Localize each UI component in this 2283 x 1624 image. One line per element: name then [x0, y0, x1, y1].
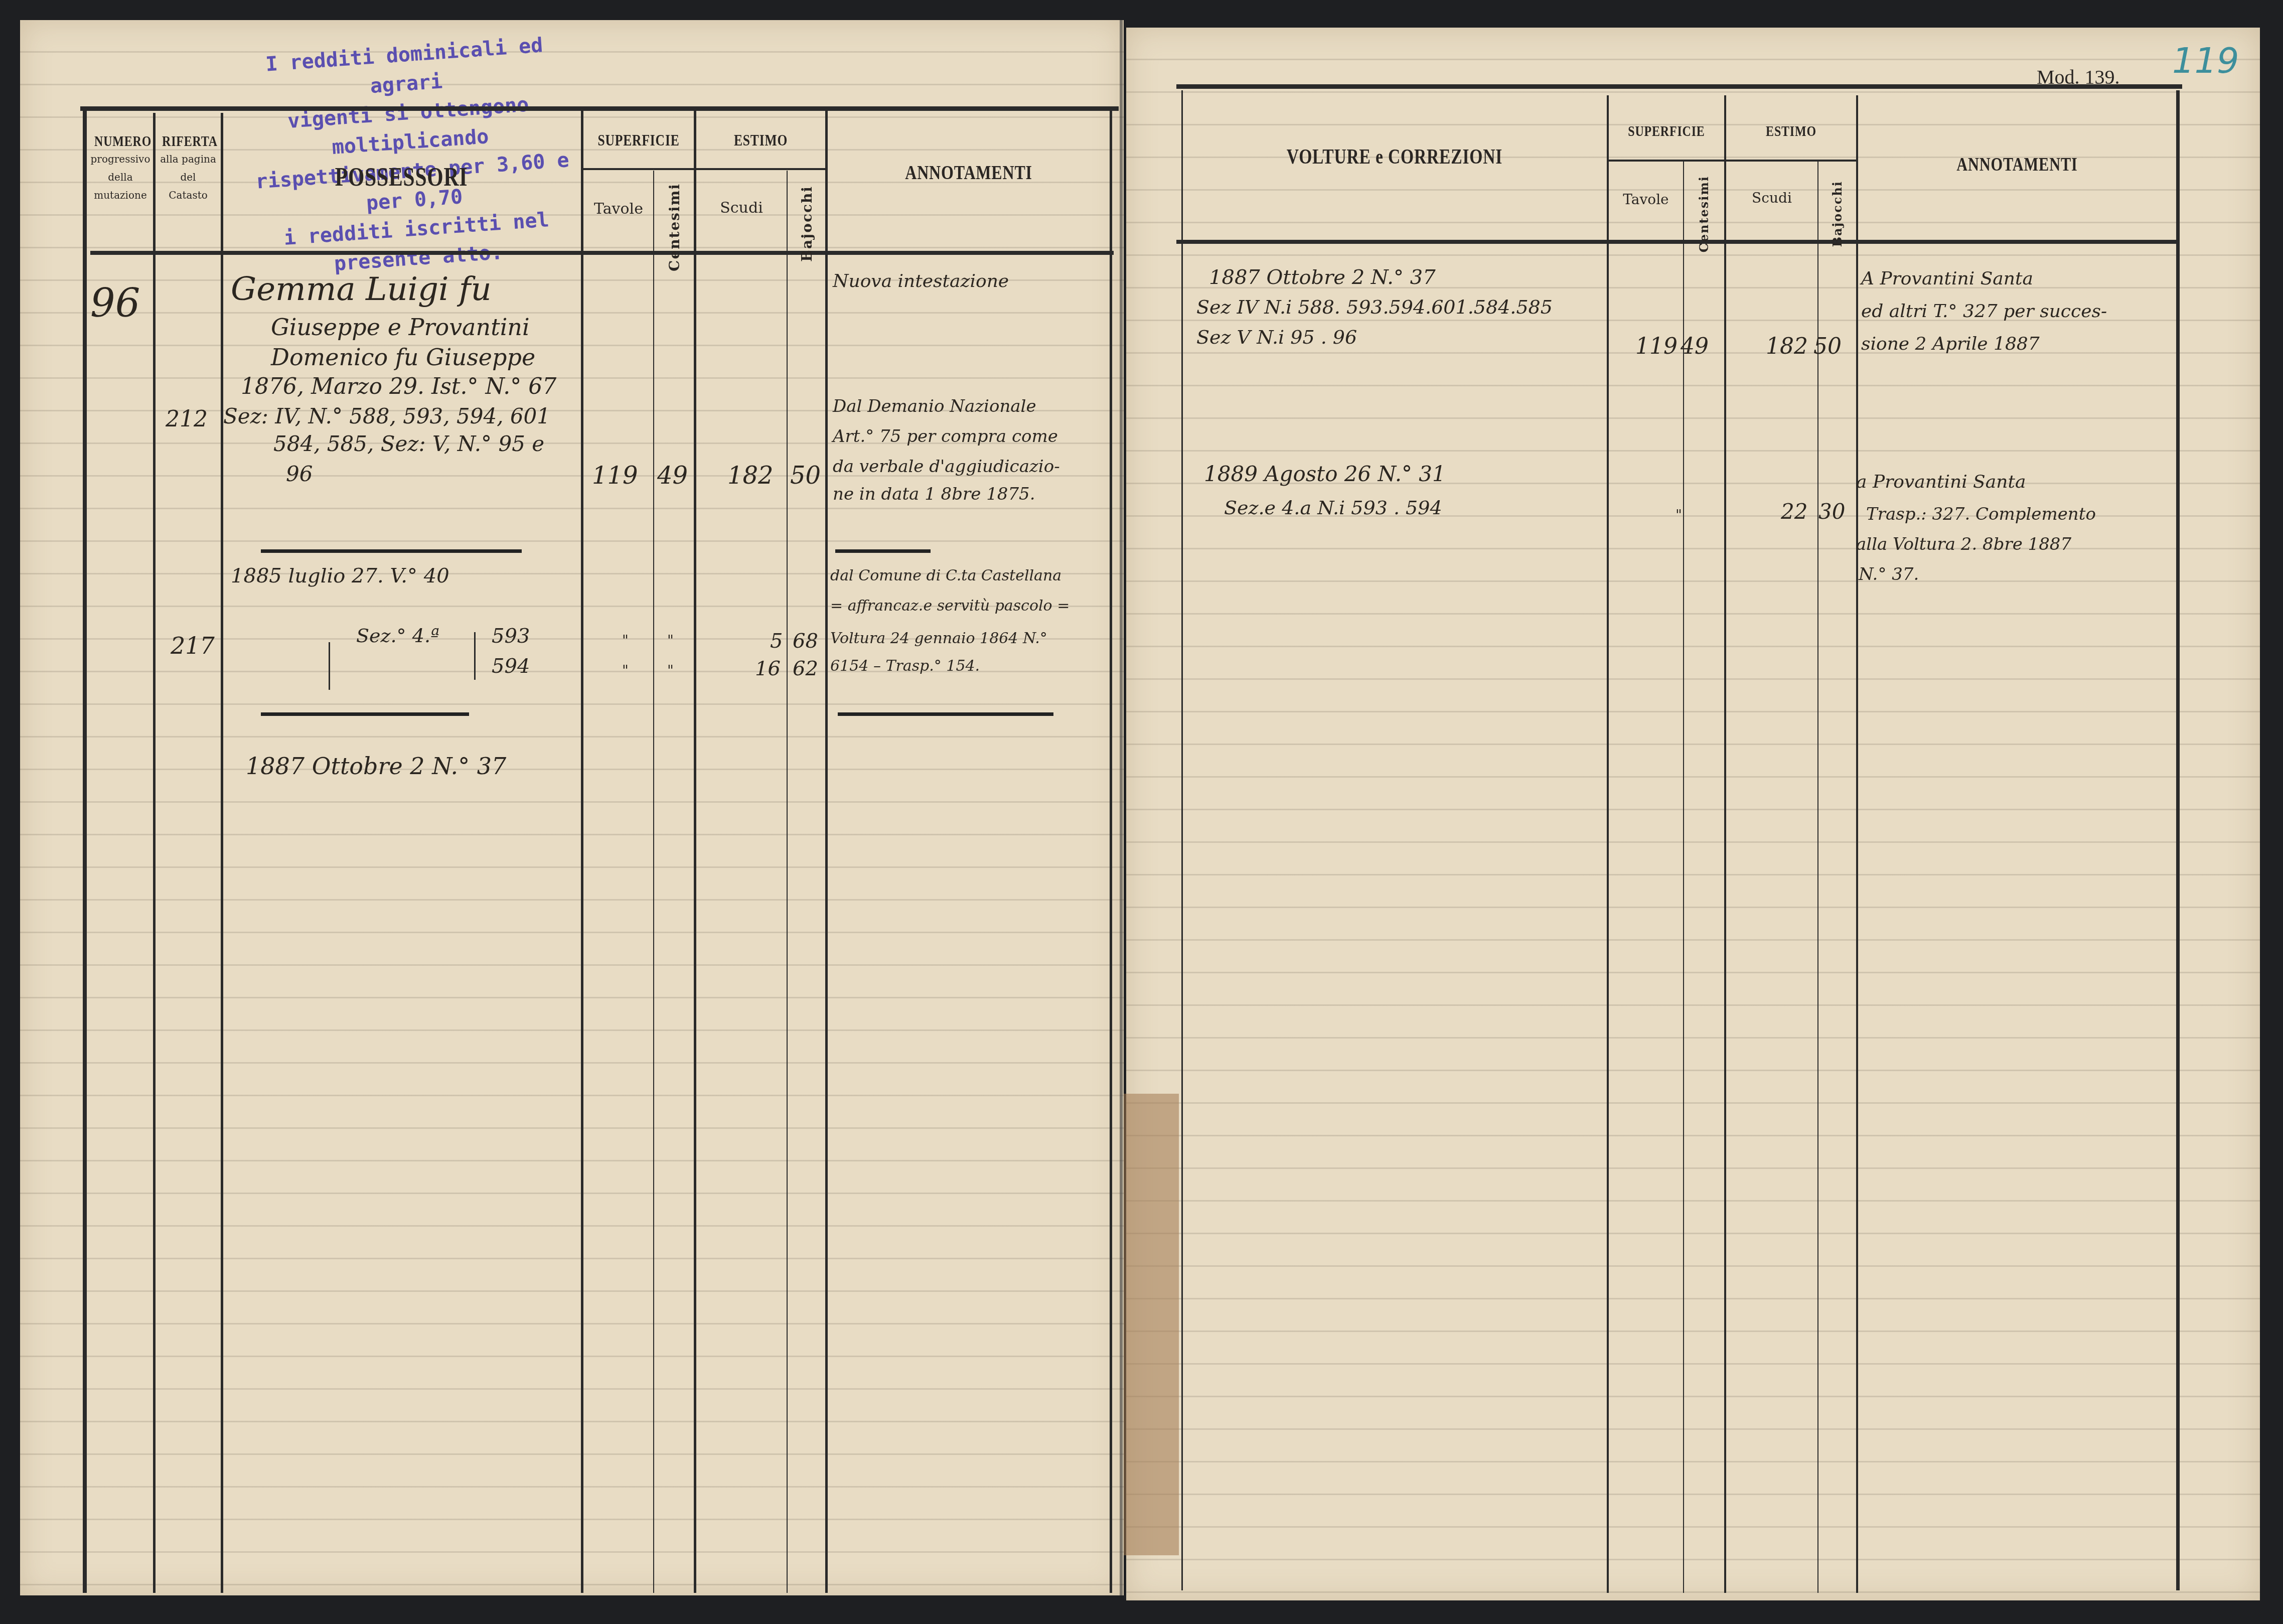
header-scudi: Scudi — [1726, 191, 1817, 206]
header-numero-line: progressivo — [88, 154, 153, 165]
entry-annotamenti-line: da verbale d'aggiudicazio- — [833, 457, 1060, 477]
entry-scudi: 182 — [727, 462, 774, 490]
entry-annotamenti-line: N.° 37. — [1859, 564, 1919, 584]
entry-possessori-line: 1876, Marzo 29. Ist.° N.° 67 — [241, 374, 556, 399]
sup-sub-divider — [1609, 160, 1724, 162]
col-divider — [1856, 95, 1858, 1593]
entry-annotamenti-line: Dal Demanio Nazionale — [833, 396, 1036, 416]
header-bottom-border — [1176, 240, 2180, 244]
entry-possessori-line: 584, 585, Sez: V, N.° 95 e — [273, 431, 544, 456]
right-border — [2176, 90, 2180, 1590]
entry-possessori-line: Domenico fu Giuseppe — [271, 344, 535, 371]
entry-bajocchi: 50 — [790, 462, 821, 490]
header-bajocchi: Bajocchi — [799, 186, 815, 262]
entry-volture-line: 1887 Ottobre 2 N.° 37 — [1209, 266, 1436, 289]
entry-possessori-line: 1885 luglio 27. V.° 40 — [231, 564, 449, 587]
entry-volture-line: Sez IV N.i 588. 593.594.601.584.585 — [1196, 296, 1553, 318]
right-border — [1110, 108, 1112, 1593]
entry-centesimi: 49 — [1681, 334, 1709, 359]
entry-scudi: 16 — [755, 657, 781, 680]
header-centesimi: Centesimi — [666, 183, 683, 271]
entry-annotamenti-line: Voltura 24 gennaio 1864 N.° — [830, 630, 1047, 647]
entry-possessori-line: Giuseppe e Provantini — [271, 314, 530, 341]
entry-bajocchi: 30 — [1818, 499, 1845, 524]
entry-annotamenti-line: a Provantini Santa — [1856, 472, 2026, 492]
header-riferta-line: del — [156, 172, 221, 183]
col-divider — [1724, 95, 1726, 1593]
entry-parcel: 593 — [492, 625, 530, 648]
header-numero-line: mutazione — [88, 190, 153, 201]
entry-bajocchi: 50 — [1813, 334, 1842, 359]
col-divider-thin — [1683, 161, 1684, 1593]
header-riferta-line: Catasto — [156, 190, 221, 201]
entry-possessori-line: Gemma Luigi fu — [231, 271, 492, 308]
ditto-mark: " — [667, 662, 674, 679]
header-scudi: Scudi — [696, 200, 787, 216]
col-divider — [1607, 95, 1609, 1593]
entry-annotamenti-line: Nuova intestazione — [833, 271, 1009, 291]
left-border — [1181, 90, 1183, 1590]
header-annotamenti: ANNOTAMENTI — [1890, 155, 2144, 176]
entry-possessori-line: Sez: IV, N.° 588, 593, 594, 601 — [223, 404, 550, 428]
entry-tavole: 119 — [592, 462, 638, 490]
header-estimo: ESTIMO — [709, 131, 813, 149]
stamp-redditi: I redditi dominicali ed agrari vigenti s… — [243, 29, 580, 284]
entry-scudi: 22 — [1781, 499, 1807, 524]
entry-tavole: 119 — [1635, 334, 1678, 359]
entry-volture-line: 1889 Agosto 26 N.° 31 — [1204, 462, 1446, 486]
col-divider — [153, 113, 156, 1593]
header-tavole: Tavole — [583, 201, 654, 217]
entry-volture-line: Sez V N.i 95 . 96 — [1196, 326, 1357, 348]
col-divider-thin — [1817, 161, 1818, 1593]
entry-parcel: 594 — [492, 655, 530, 678]
header-superficie: SUPERFICIE — [594, 131, 683, 149]
entry-possessori-line: Sez.° 4.ª — [356, 625, 439, 647]
entry-scudi: 5 — [770, 630, 783, 653]
header-annotamenti: ANNOTAMENTI — [856, 162, 1082, 184]
sup-sub-divider — [583, 168, 694, 170]
entry-annotamenti-line: alla Voltura 2. 8bre 1887 — [1856, 534, 2071, 554]
entry-annotamenti-line: Art.° 75 per compra come — [833, 426, 1058, 447]
ditto-mark: " — [1676, 507, 1682, 523]
entry-annotamenti-line: Trasp.: 327. Complemento — [1866, 504, 2096, 524]
entry-bajocchi: 68 — [793, 630, 818, 653]
entry-annotamenti-line: ne in data 1 8bre 1875. — [833, 484, 1035, 504]
entry-centesimi: 49 — [657, 462, 688, 490]
entry-annotamenti-line: = affrancaz.e servitù pascolo = — [830, 597, 1070, 615]
entry-scudi: 182 — [1766, 334, 1808, 359]
col-divider — [581, 108, 583, 1593]
header-riferta: RIFERTA alla pagina del Catasto — [156, 133, 221, 201]
col-divider-thin — [653, 171, 654, 1593]
ditto-mark: " — [622, 662, 629, 679]
table-top-border — [80, 106, 1119, 111]
entry-possessori-line: 96 — [286, 462, 313, 486]
header-superficie: SUPERFICIE — [1620, 123, 1713, 139]
entry-separator-rule — [835, 549, 931, 553]
col-divider — [694, 108, 696, 1593]
est-sub-divider — [696, 168, 825, 170]
table-top-border — [1176, 84, 2182, 89]
entry-annotamenti-line: ed altri T.° 327 per succes- — [1861, 301, 2107, 322]
entry-annotamenti-line: 6154 – Trasp.° 154. — [830, 657, 980, 675]
entry-annotamenti-line: sione 2 Aprile 1887 — [1861, 334, 2040, 354]
entry-riferta: 217 — [171, 632, 215, 659]
entry-annotamenti-line: A Provantini Santa — [1861, 268, 2033, 289]
entry-bajocchi: 62 — [793, 657, 818, 680]
header-riferta-line: alla pagina — [156, 154, 221, 165]
header-numero-line: della — [88, 172, 153, 183]
bracket-line — [329, 642, 330, 690]
col-divider-thin — [787, 171, 788, 1593]
col-divider — [221, 113, 223, 1593]
entry-riferta: 212 — [166, 406, 208, 432]
col-divider — [825, 108, 828, 1593]
entry-annotamenti-line: dal Comune di C.ta Castellana — [830, 567, 1061, 584]
header-bottom-border — [90, 251, 1114, 255]
entry-volture-line: Sez.e 4.a N.i 593 . 594 — [1224, 497, 1442, 519]
header-volture: VOLTURE e CORREZIONI — [1242, 145, 1547, 169]
entry-possessori-line: 1887 Ottobre 2 N.° 37 — [246, 753, 506, 780]
entry-separator-rule — [261, 549, 522, 553]
header-riferta-title: RIFERTA — [162, 133, 214, 150]
entry-separator-rule — [838, 712, 1053, 716]
ditto-mark: " — [622, 632, 629, 649]
header-possessori: POSSESSORI — [289, 163, 514, 192]
header-bajocchi: Bajocchi — [1830, 181, 1845, 247]
est-sub-divider — [1726, 160, 1856, 162]
entry-numero: 96 — [90, 281, 140, 326]
spine-tape-stain — [1124, 1094, 1179, 1555]
header-estimo: ESTIMO — [1739, 123, 1843, 139]
entry-separator-rule — [261, 712, 469, 716]
header-numero: NUMERO progressivo della mutazione — [88, 133, 153, 201]
left-border — [83, 108, 87, 1593]
spine — [1120, 20, 1123, 1595]
header-numero-title: NUMERO — [94, 133, 146, 150]
folio-number: 119 — [2172, 40, 2239, 81]
ditto-mark: " — [667, 632, 674, 649]
bracket-line — [474, 632, 476, 680]
header-centesimi: Centesimi — [1697, 176, 1711, 252]
header-tavole: Tavole — [1609, 192, 1683, 208]
right-page — [1126, 28, 2260, 1600]
